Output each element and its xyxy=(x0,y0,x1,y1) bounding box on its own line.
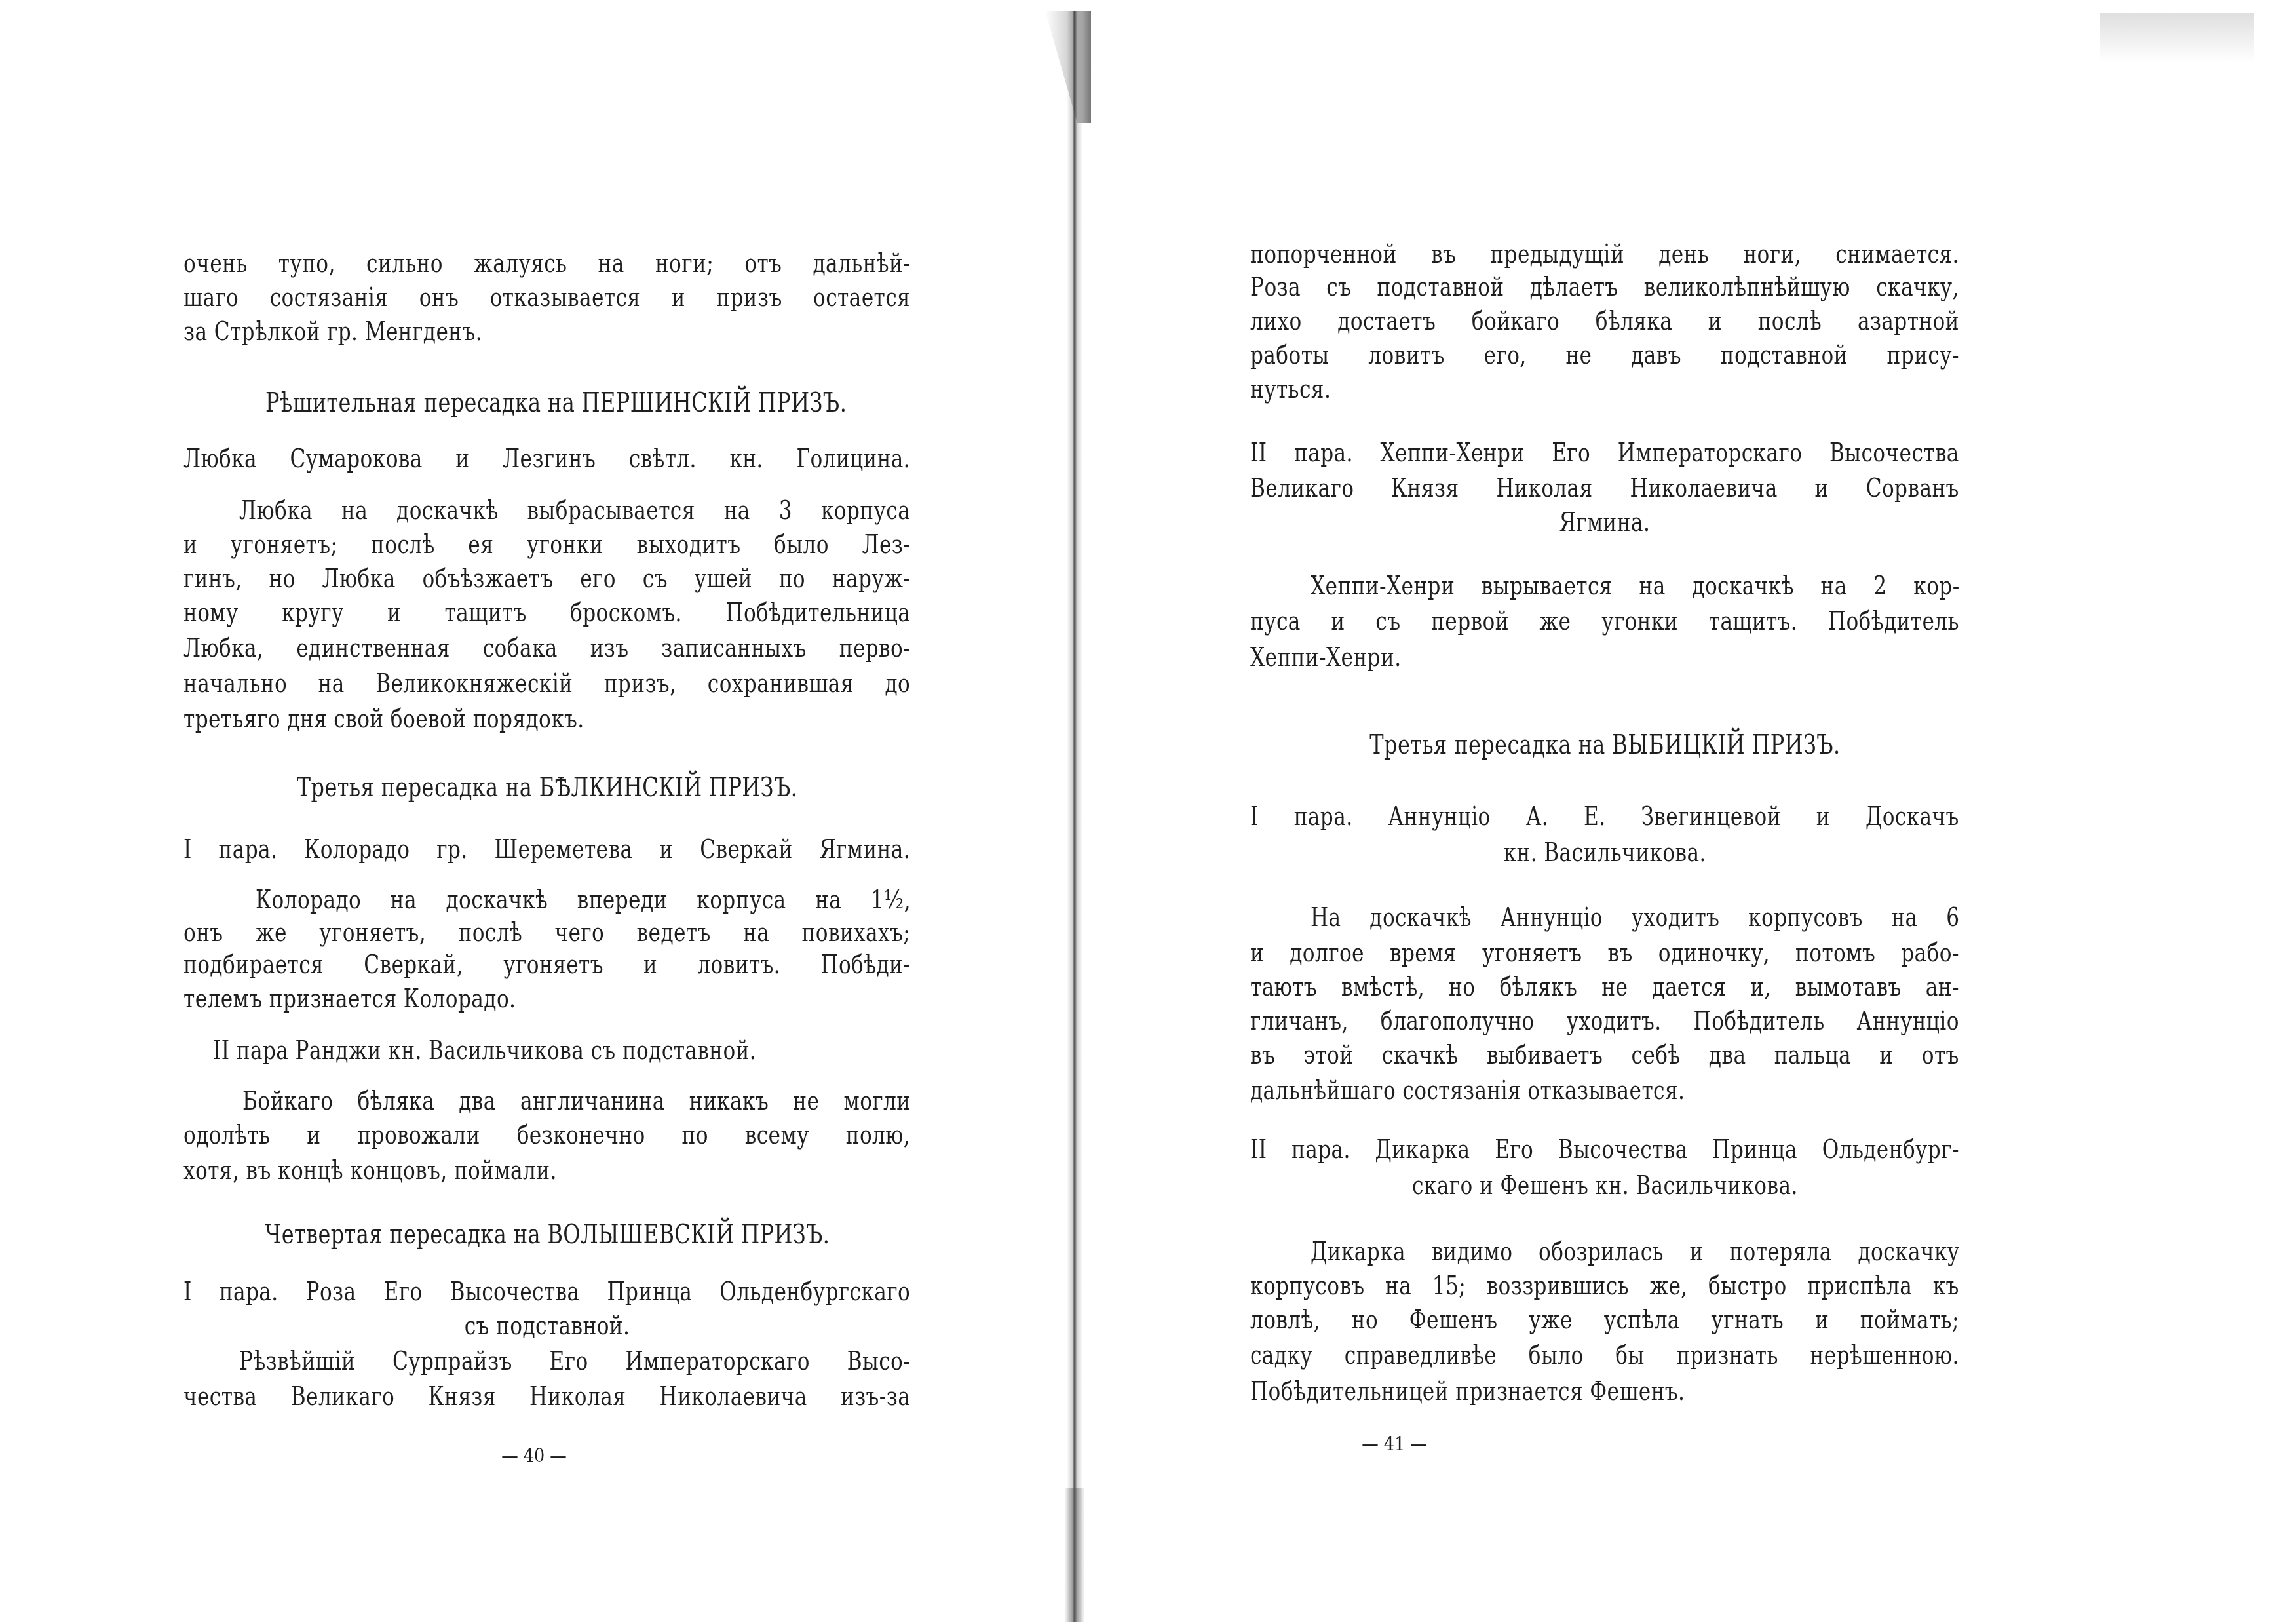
text-line: начально на Великокняжескій призъ, сохра… xyxy=(183,667,910,701)
book-spine-gutter xyxy=(1067,11,1082,1622)
text-line: ному кругу и тащитъ броскомъ. Побѣдитель… xyxy=(183,596,910,630)
text-line: Любка на доскачкѣ выбрасывается на 3 кор… xyxy=(239,493,910,528)
text-line: телемъ признается Колорадо. xyxy=(183,982,516,1016)
text-line: дальнѣйшаго состязанія отказывается. xyxy=(1250,1073,1685,1108)
section-heading: Четвертая пересадка на ВОЛЫШЕВСКІЙ ПРИЗЪ… xyxy=(183,1217,911,1251)
text-line: Колорадо на доскачкѣ впереди корпуса на … xyxy=(256,883,911,917)
text-line: Роза съ подставной дѣлаетъ великолѣпнѣйш… xyxy=(1250,270,1959,304)
text-line: очень тупо, сильно жалуясь на ноги; отъ … xyxy=(183,246,910,280)
text-line: корпусовъ на 15; воззрившись же, быстро … xyxy=(1250,1269,1959,1303)
text-line: Дикарка видимо обозрилась и потеряла дос… xyxy=(1311,1235,1960,1269)
text-line: чества Великаго Князя Николая Николаевич… xyxy=(183,1380,910,1414)
text-line: На доскачкѣ Аннунціо уходитъ корпусовъ н… xyxy=(1311,900,1960,935)
text-line: ловлѣ, но Фешенъ уже успѣла угнать и пой… xyxy=(1250,1303,1959,1337)
pair-line: II пара. Дикарка Его Высочества Принца О… xyxy=(1250,1132,1959,1167)
pair-line: Любка Сумарокова и Лезгинъ свѣтл. кн. Го… xyxy=(183,442,910,476)
spine-shadow xyxy=(1065,1488,1084,1622)
text-line: попорченной въ предыдущій день ноги, сни… xyxy=(1250,237,1959,271)
text-line: третьяго дня свой боевой порядокъ. xyxy=(183,702,584,736)
pair-line: кн. Васильчикова. xyxy=(1250,836,1959,870)
text-line: садку справедливѣе было бы признать нерѣ… xyxy=(1250,1338,1959,1372)
text-line: таютъ вмѣстѣ, но бѣлякъ не дается и, вым… xyxy=(1250,970,1959,1004)
pair-line: I пара. Роза Его Высочества Принца Ольде… xyxy=(183,1275,910,1309)
left-page: очень тупо, сильно жалуясь на ноги; отъ … xyxy=(0,0,1062,1624)
text-line: шаго состязанія онъ отказывается и призъ… xyxy=(183,280,910,315)
text-line: подбирается Сверкай, угоняетъ и ловитъ. … xyxy=(183,948,910,982)
text-line: за Стрѣлкой гр. Менгденъ. xyxy=(183,315,482,349)
pair-line: Великаго Князя Николая Николаевича и Сор… xyxy=(1250,471,1959,505)
pair-line: II пара. Хеппи-Хенри Его Императорскаго … xyxy=(1250,436,1959,470)
text-line: Хеппи-Хенри вырывается на доскачкѣ на 2 … xyxy=(1311,569,1960,603)
text-line: гинъ, но Любка объѣзжаетъ его съ ушей по… xyxy=(183,562,910,596)
section-heading: Рѣшительная пересадка на ПЕРШИНСКІЙ ПРИЗ… xyxy=(183,385,911,419)
pair-line: съ подставной. xyxy=(183,1309,911,1343)
text-line: нуться. xyxy=(1250,372,1331,406)
text-line: онъ же угоняетъ, послѣ чего ведетъ на по… xyxy=(183,916,910,950)
text-line: одолѣть и провожали безконечно по всему … xyxy=(183,1118,910,1152)
text-line: гличанъ, благополучно уходитъ. Побѣдител… xyxy=(1250,1004,1959,1038)
pair-line: скаго и Фешенъ кн. Васильчикова. xyxy=(1250,1169,1959,1203)
text-line: лихо достаетъ бойкаго бѣляка и послѣ аза… xyxy=(1250,304,1959,338)
book-spread: очень тупо, сильно жалуясь на ноги; отъ … xyxy=(0,0,2296,1624)
pair-line: I пара. Колорадо гр. Шереметева и Сверка… xyxy=(183,832,910,866)
pair-line: Ягмина. xyxy=(1250,505,1959,539)
text-line: и долгое время угоняетъ въ одиночку, пот… xyxy=(1250,936,1959,970)
text-line: Хеппи-Хенри. xyxy=(1250,640,1401,674)
text-line: Любка, единственная собака изъ записанны… xyxy=(183,631,910,665)
section-heading: Третья пересадка на ВЫБИЦКІЙ ПРИЗЪ. xyxy=(1250,727,1959,762)
page-number: — 40 — xyxy=(478,1443,590,1469)
page-number: — 41 — xyxy=(1339,1431,1450,1458)
text-line: пуса и съ первой же угонки тащитъ. Побѣд… xyxy=(1250,604,1959,638)
text-line: Побѣдительницей признается Фешенъ. xyxy=(1250,1374,1685,1408)
right-page: попорченной въ предыдущій день ноги, сни… xyxy=(1088,0,2296,1624)
pair-line: II пара Ранджи кн. Васильчикова съ подст… xyxy=(213,1034,756,1068)
text-line: Рѣзвѣйшій Сурпрайзъ Его Императорскаго В… xyxy=(239,1344,910,1378)
text-line: хотя, въ концѣ концовъ, поймали. xyxy=(183,1153,557,1188)
text-line: работы ловитъ его, не давъ подставной пр… xyxy=(1250,338,1959,372)
text-line: Бойкаго бѣляка два англичанина никакъ не… xyxy=(242,1084,910,1118)
pair-line: I пара. Аннунціо А. Е. Звегинцевой и Дос… xyxy=(1250,800,1959,834)
text-line: и угоняетъ; послѣ ея угонки выходитъ был… xyxy=(183,528,910,562)
text-line: въ этой скачкѣ выбиваетъ себѣ два пальца… xyxy=(1250,1038,1959,1072)
section-heading: Третья пересадка на БѢЛКИНСКІЙ ПРИЗЪ. xyxy=(183,770,911,804)
